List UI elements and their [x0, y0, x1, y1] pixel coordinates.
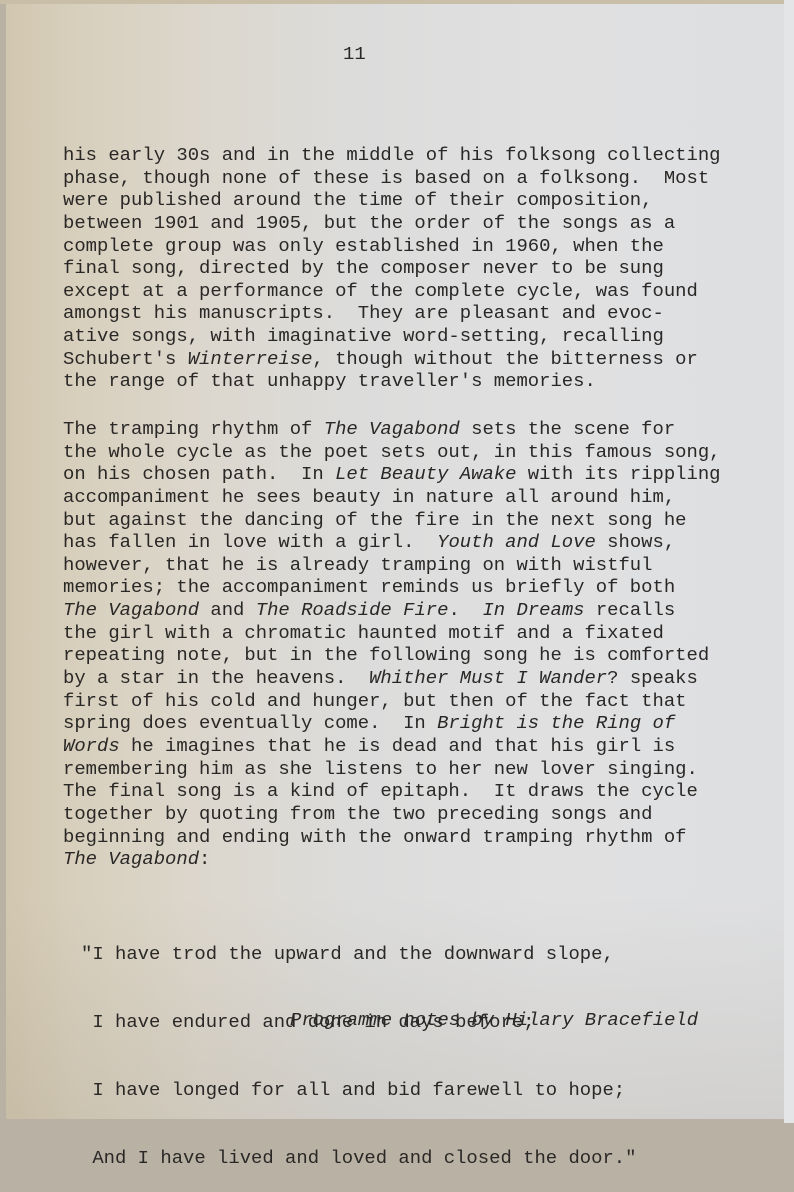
text-run: The final song is a kind of epitaph. It … — [63, 780, 698, 802]
text-line: memories; the accompaniment reminds us b… — [63, 576, 721, 599]
song-title: Winterreise — [188, 348, 313, 370]
text-line: The final song is a kind of epitaph. It … — [63, 780, 721, 803]
paragraph-1: his early 30s and in the middle of his f… — [63, 144, 721, 393]
song-title: The Vagabond — [324, 418, 460, 440]
text-line: were published around the time of their … — [63, 189, 721, 212]
text-line: Words he imagines that he is dead and th… — [63, 735, 721, 758]
text-run: he imagines that he is dead and that his… — [120, 735, 675, 757]
text-run: remembering him as she listens to her ne… — [63, 758, 698, 780]
song-title: Youth and Love — [437, 531, 596, 553]
text-line: spring does eventually come. In Bright i… — [63, 712, 721, 735]
text-line: accompaniment he sees beauty in nature a… — [63, 486, 721, 509]
text-run: shows, — [596, 531, 675, 553]
text-line: The Vagabond: — [63, 848, 721, 871]
text-line: together by quoting from the two precedi… — [63, 803, 721, 826]
photo-background-right — [784, 0, 794, 1123]
text-line: however, that he is already tramping on … — [63, 554, 721, 577]
text-line: his early 30s and in the middle of his f… — [63, 144, 721, 167]
song-title: The Roadside Fire — [256, 599, 449, 621]
text-line: first of his cold and hunger, but then o… — [63, 690, 721, 713]
text-run: complete group was only established in 1… — [63, 235, 664, 257]
text-run: : — [199, 848, 210, 870]
text-run: sets the scene for — [460, 418, 675, 440]
quote-line: "I have trod the upward and the downward… — [81, 943, 636, 966]
text-run: has fallen in love with a girl. — [63, 531, 437, 553]
text-line: The tramping rhythm of The Vagabond sets… — [63, 418, 721, 441]
text-line: remembering him as she listens to her ne… — [63, 758, 721, 781]
text-run: however, that he is already tramping on … — [63, 554, 652, 576]
text-line: the whole cycle as the poet sets out, in… — [63, 441, 721, 464]
text-run: on his chosen path. In — [63, 463, 335, 485]
text-line: The Vagabond and The Roadside Fire. In D… — [63, 599, 721, 622]
text-run: amongst his manuscripts. They are pleasa… — [63, 302, 664, 324]
text-line: but against the dancing of the fire in t… — [63, 509, 721, 532]
text-run: ative songs, with imaginative word-setti… — [63, 325, 664, 347]
text-run: repeating note, but in the following son… — [63, 644, 709, 666]
text-run: memories; the accompaniment reminds us b… — [63, 576, 675, 598]
text-line: complete group was only established in 1… — [63, 235, 721, 258]
song-title: Let Beauty Awake — [335, 463, 516, 485]
text-line: Schubert's Winterreise, though without t… — [63, 348, 721, 371]
text-line: repeating note, but in the following son… — [63, 644, 721, 667]
song-title: Bright is the Ring of — [437, 712, 675, 734]
text-line: final song, directed by the composer nev… — [63, 257, 721, 280]
text-line: between 1901 and 1905, but the order of … — [63, 212, 721, 235]
text-run: were published around the time of their … — [63, 189, 652, 211]
song-title: The Vagabond — [63, 599, 199, 621]
text-run: , though without the bitterness or — [312, 348, 697, 370]
text-run: by a star in the heavens. — [63, 667, 369, 689]
text-run: beginning and ending with the onward tra… — [63, 826, 687, 848]
song-title: Words — [63, 735, 120, 757]
text-line: has fallen in love with a girl. Youth an… — [63, 531, 721, 554]
text-run: the whole cycle as the poet sets out, in… — [63, 441, 721, 463]
text-line: the girl with a chromatic haunted motif … — [63, 622, 721, 645]
quote-line: I have longed for all and bid farewell t… — [81, 1079, 636, 1102]
text-line: except at a performance of the complete … — [63, 280, 721, 303]
text-run: final song, directed by the composer nev… — [63, 257, 664, 279]
text-line: amongst his manuscripts. They are pleasa… — [63, 302, 721, 325]
text-run: The tramping rhythm of — [63, 418, 324, 440]
text-run: Schubert's — [63, 348, 188, 370]
text-run: . — [448, 599, 482, 621]
text-run: his early 30s and in the middle of his f… — [63, 144, 721, 166]
song-title: In Dreams — [482, 599, 584, 621]
text-line: by a star in the heavens. Whither Must I… — [63, 667, 721, 690]
text-line: beginning and ending with the onward tra… — [63, 826, 721, 849]
text-line: phase, though none of these is based on … — [63, 167, 721, 190]
text-run: the range of that unhappy traveller's me… — [63, 370, 596, 392]
paragraph-2: The tramping rhythm of The Vagabond sets… — [63, 418, 721, 871]
text-run: together by quoting from the two precedi… — [63, 803, 652, 825]
text-run: except at a performance of the complete … — [63, 280, 698, 302]
text-run: phase, though none of these is based on … — [63, 167, 709, 189]
text-line: the range of that unhappy traveller's me… — [63, 370, 721, 393]
text-run: with its rippling — [516, 463, 720, 485]
text-line: on his chosen path. In Let Beauty Awake … — [63, 463, 721, 486]
song-title: Whither Must I Wander — [369, 667, 607, 689]
text-run: the girl with a chromatic haunted motif … — [63, 622, 664, 644]
text-run: first of his cold and hunger, but then o… — [63, 690, 687, 712]
text-run: and — [199, 599, 256, 621]
text-run: spring does eventually come. In — [63, 712, 437, 734]
text-line: ative songs, with imaginative word-setti… — [63, 325, 721, 348]
text-run: accompaniment he sees beauty in nature a… — [63, 486, 675, 508]
text-run: ? speaks — [607, 667, 698, 689]
text-run: recalls — [585, 599, 676, 621]
text-run: but against the dancing of the fire in t… — [63, 509, 687, 531]
text-run: between 1901 and 1905, but the order of … — [63, 212, 675, 234]
signature: Programme notes by Hilary Bracefield — [290, 1009, 698, 1032]
page-number: 11 — [343, 43, 366, 66]
song-title: The Vagabond — [63, 848, 199, 870]
